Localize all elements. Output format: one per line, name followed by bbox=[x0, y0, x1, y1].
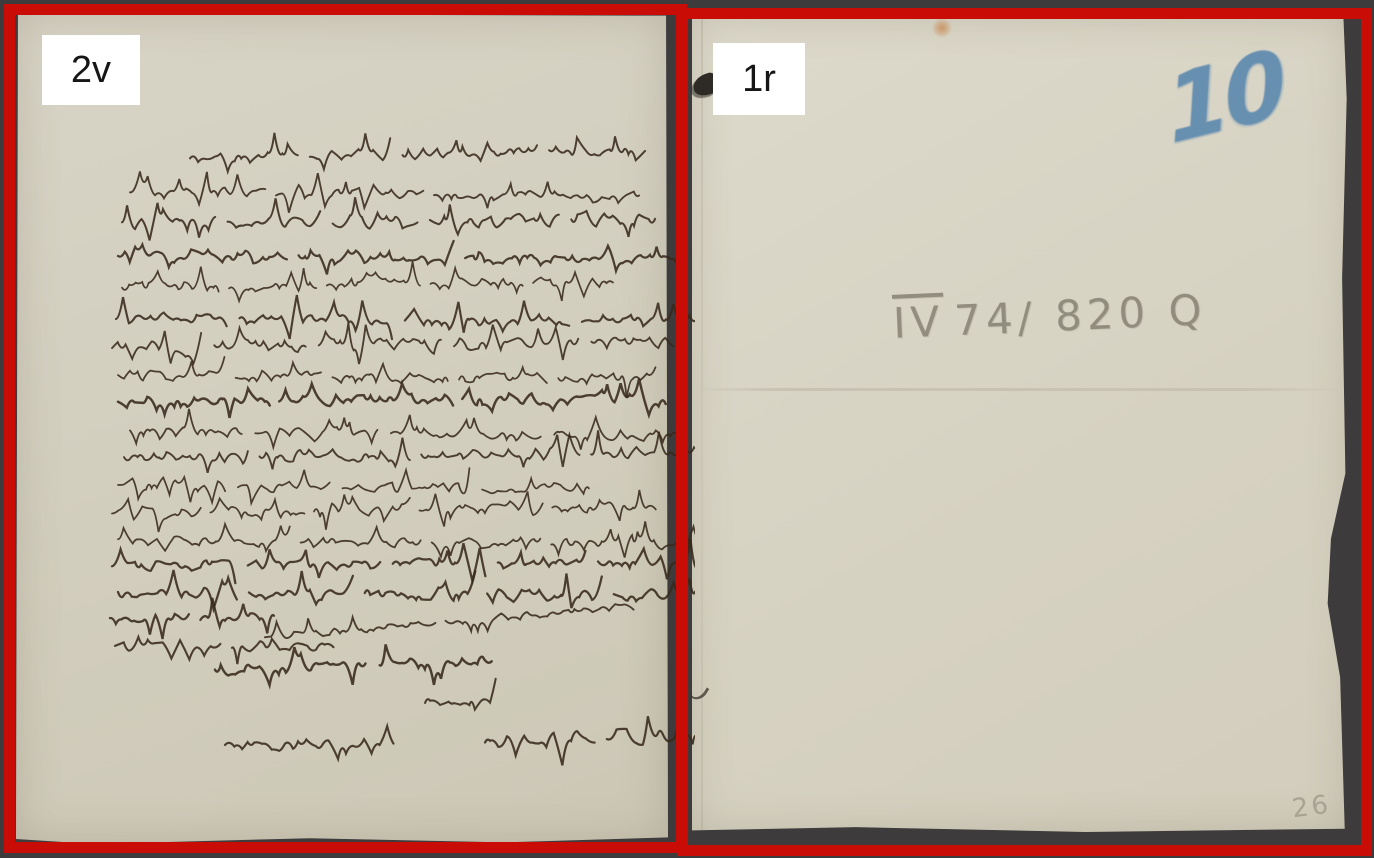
handwritten-cursive-letter-text bbox=[95, 130, 695, 770]
corner-number-pencil: 26 bbox=[1290, 790, 1332, 825]
handwriting-line bbox=[124, 429, 695, 473]
handwriting-line bbox=[118, 517, 695, 559]
handwriting-line bbox=[190, 130, 646, 172]
handwriting-line bbox=[118, 379, 666, 419]
rust-stain bbox=[932, 18, 952, 38]
handwriting-line bbox=[130, 171, 639, 216]
handwriting-line bbox=[110, 597, 275, 640]
handwriting-line bbox=[118, 569, 695, 611]
shelfmark-roman-numeral: IV bbox=[892, 297, 945, 348]
handwriting-line bbox=[484, 714, 695, 768]
handwriting-line bbox=[115, 637, 334, 665]
handwriting-line bbox=[122, 259, 614, 307]
folio-label-1r: 1r bbox=[713, 43, 805, 115]
handwriting-line bbox=[122, 195, 655, 242]
folio-label-2v: 2v bbox=[42, 35, 140, 105]
handwriting-line bbox=[118, 356, 656, 398]
handwriting-line bbox=[116, 294, 695, 341]
scan-viewport: 10 IV74/ 820 Q 26 2v 1r bbox=[0, 0, 1374, 858]
handwriting-line bbox=[112, 319, 674, 366]
handwriting-line bbox=[225, 726, 394, 761]
handwriting-line bbox=[112, 490, 656, 533]
handwriting-line bbox=[214, 640, 492, 692]
